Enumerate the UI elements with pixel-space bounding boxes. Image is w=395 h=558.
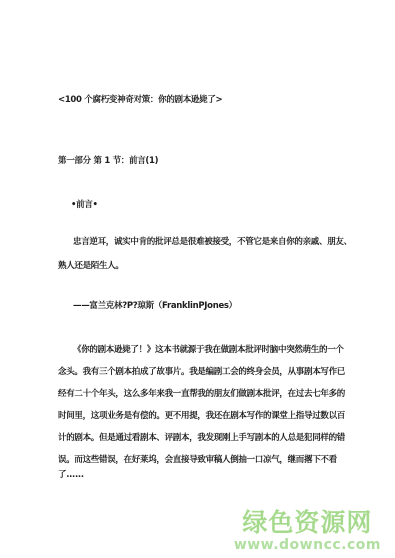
book-title: <100 个腐朽变神奇对策：你的剧本逊毙了> <box>58 95 222 106</box>
paragraph-line-7: 了...... <box>58 470 84 481</box>
site-watermark: 绿色资源网 www.downcc.com <box>234 509 381 554</box>
quote-line-1: 忠言逆耳，诚实中肯的批评总是很难被接受，不管它是来自你的亲戚、朋友、 <box>73 237 352 248</box>
section-heading: 第一部分 第 1 节：前言(1) <box>58 156 158 167</box>
paragraph-line-4: 时间里，这项业务是有偿的。更不用提，我还在剧本写作的课堂上指导过数以百 <box>58 411 345 422</box>
paragraph-line-5: 计的剧本。但是通过看剧本、评剧本，我发现刚上手写剧本的人总是犯同样的错 <box>58 433 345 444</box>
preface-heading: •前言• <box>71 200 98 211</box>
watermark-site-name: 绿色资源网 <box>234 509 381 537</box>
paragraph-line-6: 误。而这些错误，在好莱坞，会直接导致审稿人倒抽一口凉气，继而撂下不看 <box>58 455 337 466</box>
paragraph-line-2: 念头。我有三个剧本拍成了故事片。我是编剧工会的终身会员，从事剧本写作已 <box>58 367 345 378</box>
document-page: <100 个腐朽变神奇对策：你的剧本逊毙了> 第一部分 第 1 节：前言(1) … <box>0 0 395 558</box>
paragraph-line-1: 《你的剧本逊毙了！》这本书就源于我在做剧本批评时脑中突然萌生的一个 <box>73 345 344 356</box>
quote-attribution: ——富兰克林?P?琼斯（FranklinPJones） <box>73 301 237 312</box>
quote-line-2: 熟人还是陌生人。 <box>58 261 124 272</box>
paragraph-line-3: 经有二十个年头，这么多年来我一直帮我的朋友们做剧本批评，在过去七年多的 <box>58 389 345 400</box>
watermark-site-url: www.downcc.com <box>234 537 381 554</box>
